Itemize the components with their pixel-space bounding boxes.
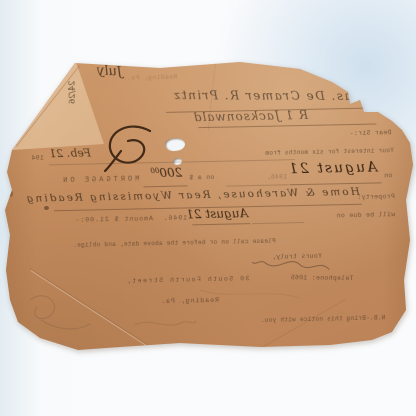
document-photo: Reading, Pa., July Chas. De Cramer R. Pr… xyxy=(0,0,416,416)
mirrored-text-layer: Reading, Pa., July Chas. De Cramer R. Pr… xyxy=(0,0,416,416)
phone-line: Telephone: 1065 xyxy=(290,274,353,282)
document-paper: Reading, Pa., July Chas. De Cramer R. Pr… xyxy=(0,0,416,416)
city-line: Reading, Pa. xyxy=(160,297,219,305)
paper-shadow: Reading, Pa., July Chas. De Cramer R. Pr… xyxy=(0,0,416,416)
signature-scribble xyxy=(0,0,416,416)
corner-number: 24/26 xyxy=(67,81,76,104)
